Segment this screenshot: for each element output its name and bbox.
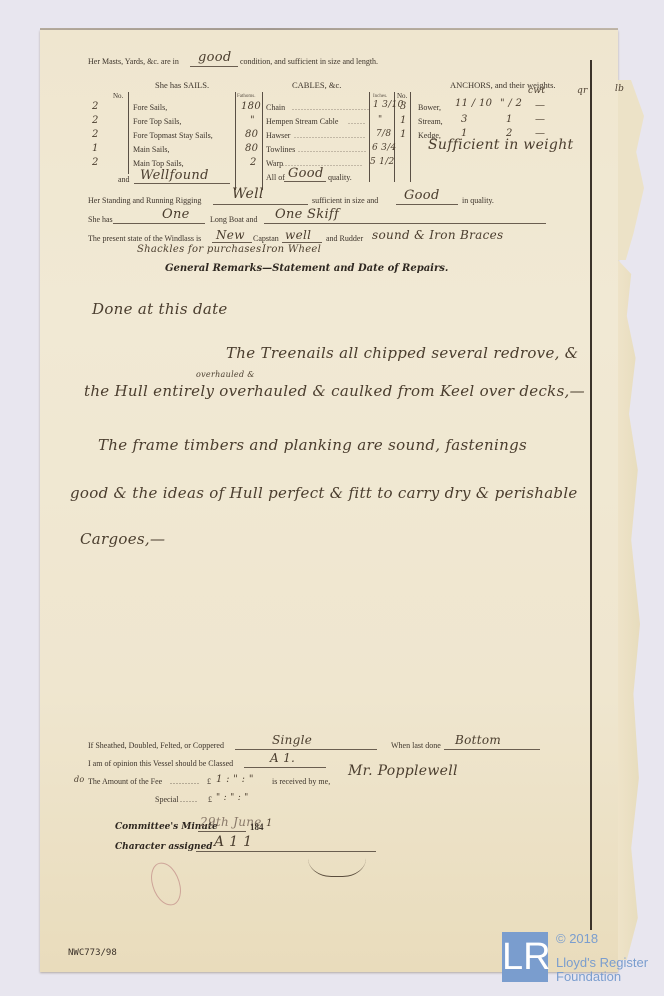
dot-leader: ...... (180, 795, 198, 804)
anchor-cwt: 11 / 10 (455, 98, 492, 109)
remarks-line: Cargoes,— (80, 530, 165, 548)
sail-count: 1 (92, 143, 99, 154)
cable-inches: 5 1/2 (370, 157, 395, 167)
fee-value: 1 : " : " (216, 774, 254, 785)
last-done-label: When last done (391, 741, 441, 750)
remarks-line: The Treenails all chipped several redrov… (226, 344, 578, 362)
torn-edge (618, 80, 644, 260)
masts-label: Her Masts, Yards, &c. are in (88, 57, 179, 66)
special-value: " : " : " (216, 793, 249, 803)
classed-underline (244, 767, 326, 768)
torn-edge (618, 260, 640, 960)
rigging-suffix: in quality. (462, 196, 494, 205)
sheathing-value: Single (272, 733, 312, 747)
committee-year-suffix: 1 (266, 818, 273, 829)
anchor-qr: " / 2 (500, 98, 522, 109)
sheathing-label: If Sheathed, Doubled, Felted, or Coppere… (88, 741, 224, 750)
character-value: A 1 1 (214, 834, 252, 850)
dot-leader: .......... (170, 777, 200, 786)
cables-heading: CABLES, &c. (292, 80, 341, 90)
last-done-value: Bottom (455, 733, 501, 747)
boats-underline-2 (264, 223, 546, 224)
windlass-label: The present state of the Windlass is (88, 234, 201, 243)
sail-count: 2 (92, 157, 99, 168)
sheathing-underline (235, 749, 377, 750)
cable-label: Hempen Stream Cable (266, 117, 338, 126)
sail-label: Fore Topmast Stay Sails, (133, 131, 213, 140)
fee-label: The Amount of the Fee (88, 777, 162, 786)
capstan-value: well (285, 228, 311, 242)
anchor-unit-qr: qr (577, 86, 588, 96)
column-divider (235, 92, 236, 190)
rigging-label: Her Standing and Running Rigging (88, 196, 201, 205)
classed-value: A 1. (270, 751, 295, 765)
sail-count: 2 (92, 115, 99, 126)
anchor-lb: — (535, 114, 545, 125)
sails-no-header: No. (113, 92, 123, 100)
watermark-text: © 2018 Lloyd's Register Foundation (556, 932, 648, 984)
sail-count: 2 (92, 129, 99, 140)
last-done-underline (444, 749, 540, 750)
remarks-heading: General Remarks—Statement and Date of Re… (165, 263, 448, 274)
anchor-label: Bower, (418, 103, 441, 112)
remarks-line: Done at this date (92, 300, 228, 318)
windlass-underline (212, 242, 252, 243)
capstan-label: Capstan (253, 234, 279, 243)
cables-quality-prefix: All of (266, 173, 285, 182)
cable-label: Warp (266, 159, 283, 168)
column-divider (262, 92, 263, 190)
masts-suffix: condition, and sufficient in size and le… (240, 57, 378, 66)
copyright: © 2018 (556, 932, 648, 946)
cables-no-header: No. (397, 92, 407, 100)
margin-rule (590, 60, 592, 930)
fee-currency: £ (207, 777, 211, 786)
cable-count: 1 (400, 129, 407, 140)
cables-quality-value: Good (288, 166, 324, 181)
org-name-line1: Lloyd's Register (556, 956, 648, 970)
cable-fathoms: 80 (245, 129, 258, 140)
inches-header: Inches. (373, 94, 387, 99)
column-divider (128, 92, 129, 174)
dot-leader: ........................ (294, 131, 366, 140)
cable-inches: 7/8 (376, 129, 391, 139)
surveyor-signature (308, 830, 366, 877)
cable-fathoms: " (250, 115, 255, 126)
skiff-value: One Skiff (275, 207, 339, 222)
cables-quality-underline (284, 181, 326, 182)
sails-and-underline (134, 183, 230, 184)
sail-label: Fore Sails, (133, 103, 167, 112)
windlass-value: New (216, 228, 245, 242)
masts-underline (190, 66, 238, 67)
rudder-value: sound & Iron Braces (372, 228, 503, 242)
cable-label: Towlines (266, 145, 295, 154)
fee-receiver-signature: Mr. Popplewell (348, 763, 458, 779)
boats-middle: Long Boat and (210, 215, 258, 224)
sails-heading: She has SAILS. (155, 80, 209, 90)
sail-label: Main Sails, (133, 145, 169, 154)
cable-fathoms: 80 (245, 143, 258, 154)
dot-leader: ....................... (298, 145, 367, 154)
anchor-lb: — (535, 100, 545, 111)
committee-year-prefix: 184 (250, 822, 264, 832)
cable-label: Chain (266, 103, 285, 112)
sails-and-value: Wellfound (140, 168, 209, 183)
anchor-unit-lb: lb (615, 84, 624, 94)
sail-label: Main Top Sails, (133, 159, 184, 168)
cable-fathoms: 2 (250, 157, 257, 168)
boats-underline (113, 223, 205, 224)
remarks-line: the Hull entirely overhauled & caulked f… (84, 382, 585, 400)
remarks-insert: overhauled & (196, 370, 255, 379)
org-name-line2: Foundation (556, 970, 648, 984)
rigging-value: Well (232, 186, 264, 202)
remarks-line: The frame timbers and planking are sound… (98, 436, 527, 454)
catalog-number: NWC773/98 (68, 948, 117, 958)
fathoms-header: Fathoms. (237, 94, 255, 99)
cable-fathoms: 180 (241, 101, 261, 112)
sails-and-label: and (118, 175, 130, 184)
masts-condition-value: good (198, 50, 232, 65)
cable-inches: 6 3/4 (372, 143, 397, 153)
fee-received-label: is received by me, (272, 777, 330, 786)
anchor-label: Stream, (418, 117, 443, 126)
cables-quality-suffix: quality. (328, 173, 352, 182)
rigging-underline (213, 204, 308, 205)
rigging-quality-underline (396, 204, 458, 205)
special-currency: £ (208, 795, 212, 804)
cable-label: Hawser (266, 131, 290, 140)
anchor-qr: 1 (506, 114, 513, 125)
long-boat-count: One (162, 207, 190, 222)
rigging-middle: sufficient in size and (312, 196, 378, 205)
dot-leader: .......................... (292, 103, 370, 112)
boats-label: She has (88, 215, 113, 224)
rudder-label: and Rudder (326, 234, 363, 243)
margin-mark: do (74, 775, 85, 784)
anchor-cwt: 3 (461, 114, 468, 125)
classed-label: I am of opinion this Vessel should be Cl… (88, 759, 233, 768)
capstan-underline (282, 242, 322, 243)
anchor-unit-cwt: cwt (528, 86, 545, 96)
special-label: Special (155, 795, 179, 804)
sail-label: Fore Top Sails, (133, 117, 181, 126)
column-divider (410, 92, 411, 182)
lr-logo-icon: LR (502, 932, 548, 982)
committee-date-underline (198, 831, 246, 832)
cable-count: 3 (400, 101, 407, 112)
windlass-note: Shackles for purchases (137, 244, 261, 255)
cable-count: 1 (400, 115, 407, 126)
anchors-note: Sufficient in weight (428, 137, 573, 153)
cable-inches: " (378, 115, 382, 125)
dot-leader: ...... (348, 117, 366, 126)
rigging-quality-value: Good (404, 188, 440, 203)
capstan-note: Iron Wheel (262, 244, 321, 255)
sail-count: 2 (92, 101, 99, 112)
remarks-line: good & the ideas of Hull perfect & fitt … (70, 484, 578, 502)
